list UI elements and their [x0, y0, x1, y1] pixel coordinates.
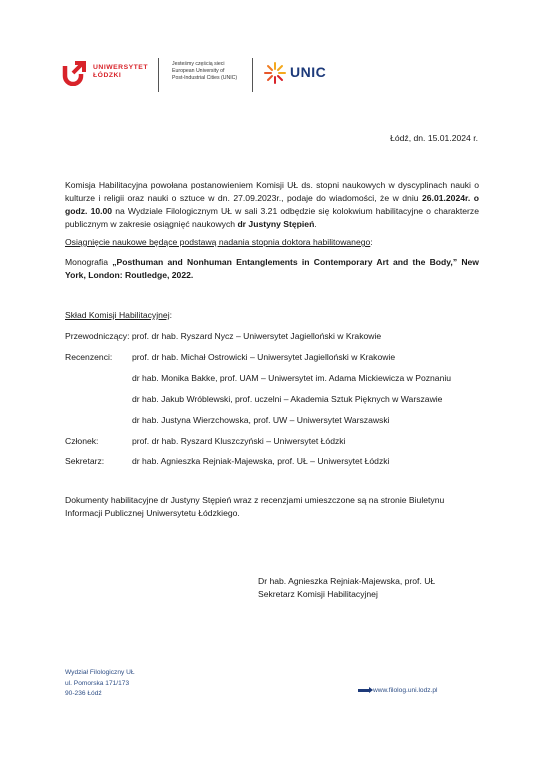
documents-note: Dokumenty habilitacyjne dr Justyny Stępi…: [65, 494, 479, 520]
arrow-right-icon: [358, 689, 370, 692]
footer-website: www.filolog.uni.lodz.pl: [358, 687, 438, 694]
university-name: UNIWERSYTET ŁÓDZKI: [93, 64, 148, 80]
footer-address: Wydział Filologiczny UŁ ul. Pomorska 171…: [65, 668, 135, 700]
divider: [252, 58, 253, 92]
committee-chair: Przewodniczący: prof. dr hab. Ryszard Ny…: [65, 331, 381, 341]
reviewer: dr hab. Jakub Wróblewski, prof. uczelni …: [132, 394, 442, 404]
achievement-heading: Osiągnięcie naukowe będące podstawą nada…: [65, 237, 373, 247]
website-link[interactable]: www.filolog.uni.lodz.pl: [373, 687, 438, 694]
letterhead: UNIWERSYTET ŁÓDZKI Jesteśmy częścią siec…: [62, 56, 362, 96]
committee-secretary: dr hab. Agnieszka Rejniak-Majewska, prof…: [132, 456, 389, 466]
committee-heading: Skład Komisji Habilitacyjnej:: [65, 310, 172, 320]
intro-paragraph: Komisja Habilitacyjna powołana postanowi…: [65, 179, 479, 231]
signatory-role: Sekretarz Komisji Habilitacyjnej: [258, 588, 435, 601]
reviewer: dr hab. Justyna Wierzchowska, prof. UW –…: [132, 415, 390, 425]
university-logo-icon: [62, 60, 88, 86]
secretary-label: Sekretarz:: [65, 456, 104, 466]
committee-member: prof. dr hab. Ryszard Kluszczyński – Uni…: [132, 436, 346, 446]
unic-sun-logo-icon: [264, 62, 286, 84]
member-label: Członek:: [65, 436, 98, 446]
document-date: Łódź, dn. 15.01.2024 r.: [390, 133, 478, 143]
signature-block: Dr hab. Agnieszka Rejniak-Majewska, prof…: [258, 575, 435, 601]
divider: [158, 58, 159, 92]
reviewer: prof. dr hab. Michał Ostrowicki – Uniwer…: [132, 352, 395, 362]
unic-membership-note: Jesteśmy częścią sieci European Universi…: [172, 61, 237, 82]
achievement-monograph: Monografia „Posthuman and Nonhuman Entan…: [65, 256, 479, 282]
signatory-name: Dr hab. Agnieszka Rejniak-Majewska, prof…: [258, 575, 435, 588]
reviewer: dr hab. Monika Bakke, prof. UAM – Uniwer…: [132, 373, 451, 383]
unic-name: UNIC: [290, 64, 326, 80]
reviewers-label: Recenzenci:: [65, 352, 112, 362]
